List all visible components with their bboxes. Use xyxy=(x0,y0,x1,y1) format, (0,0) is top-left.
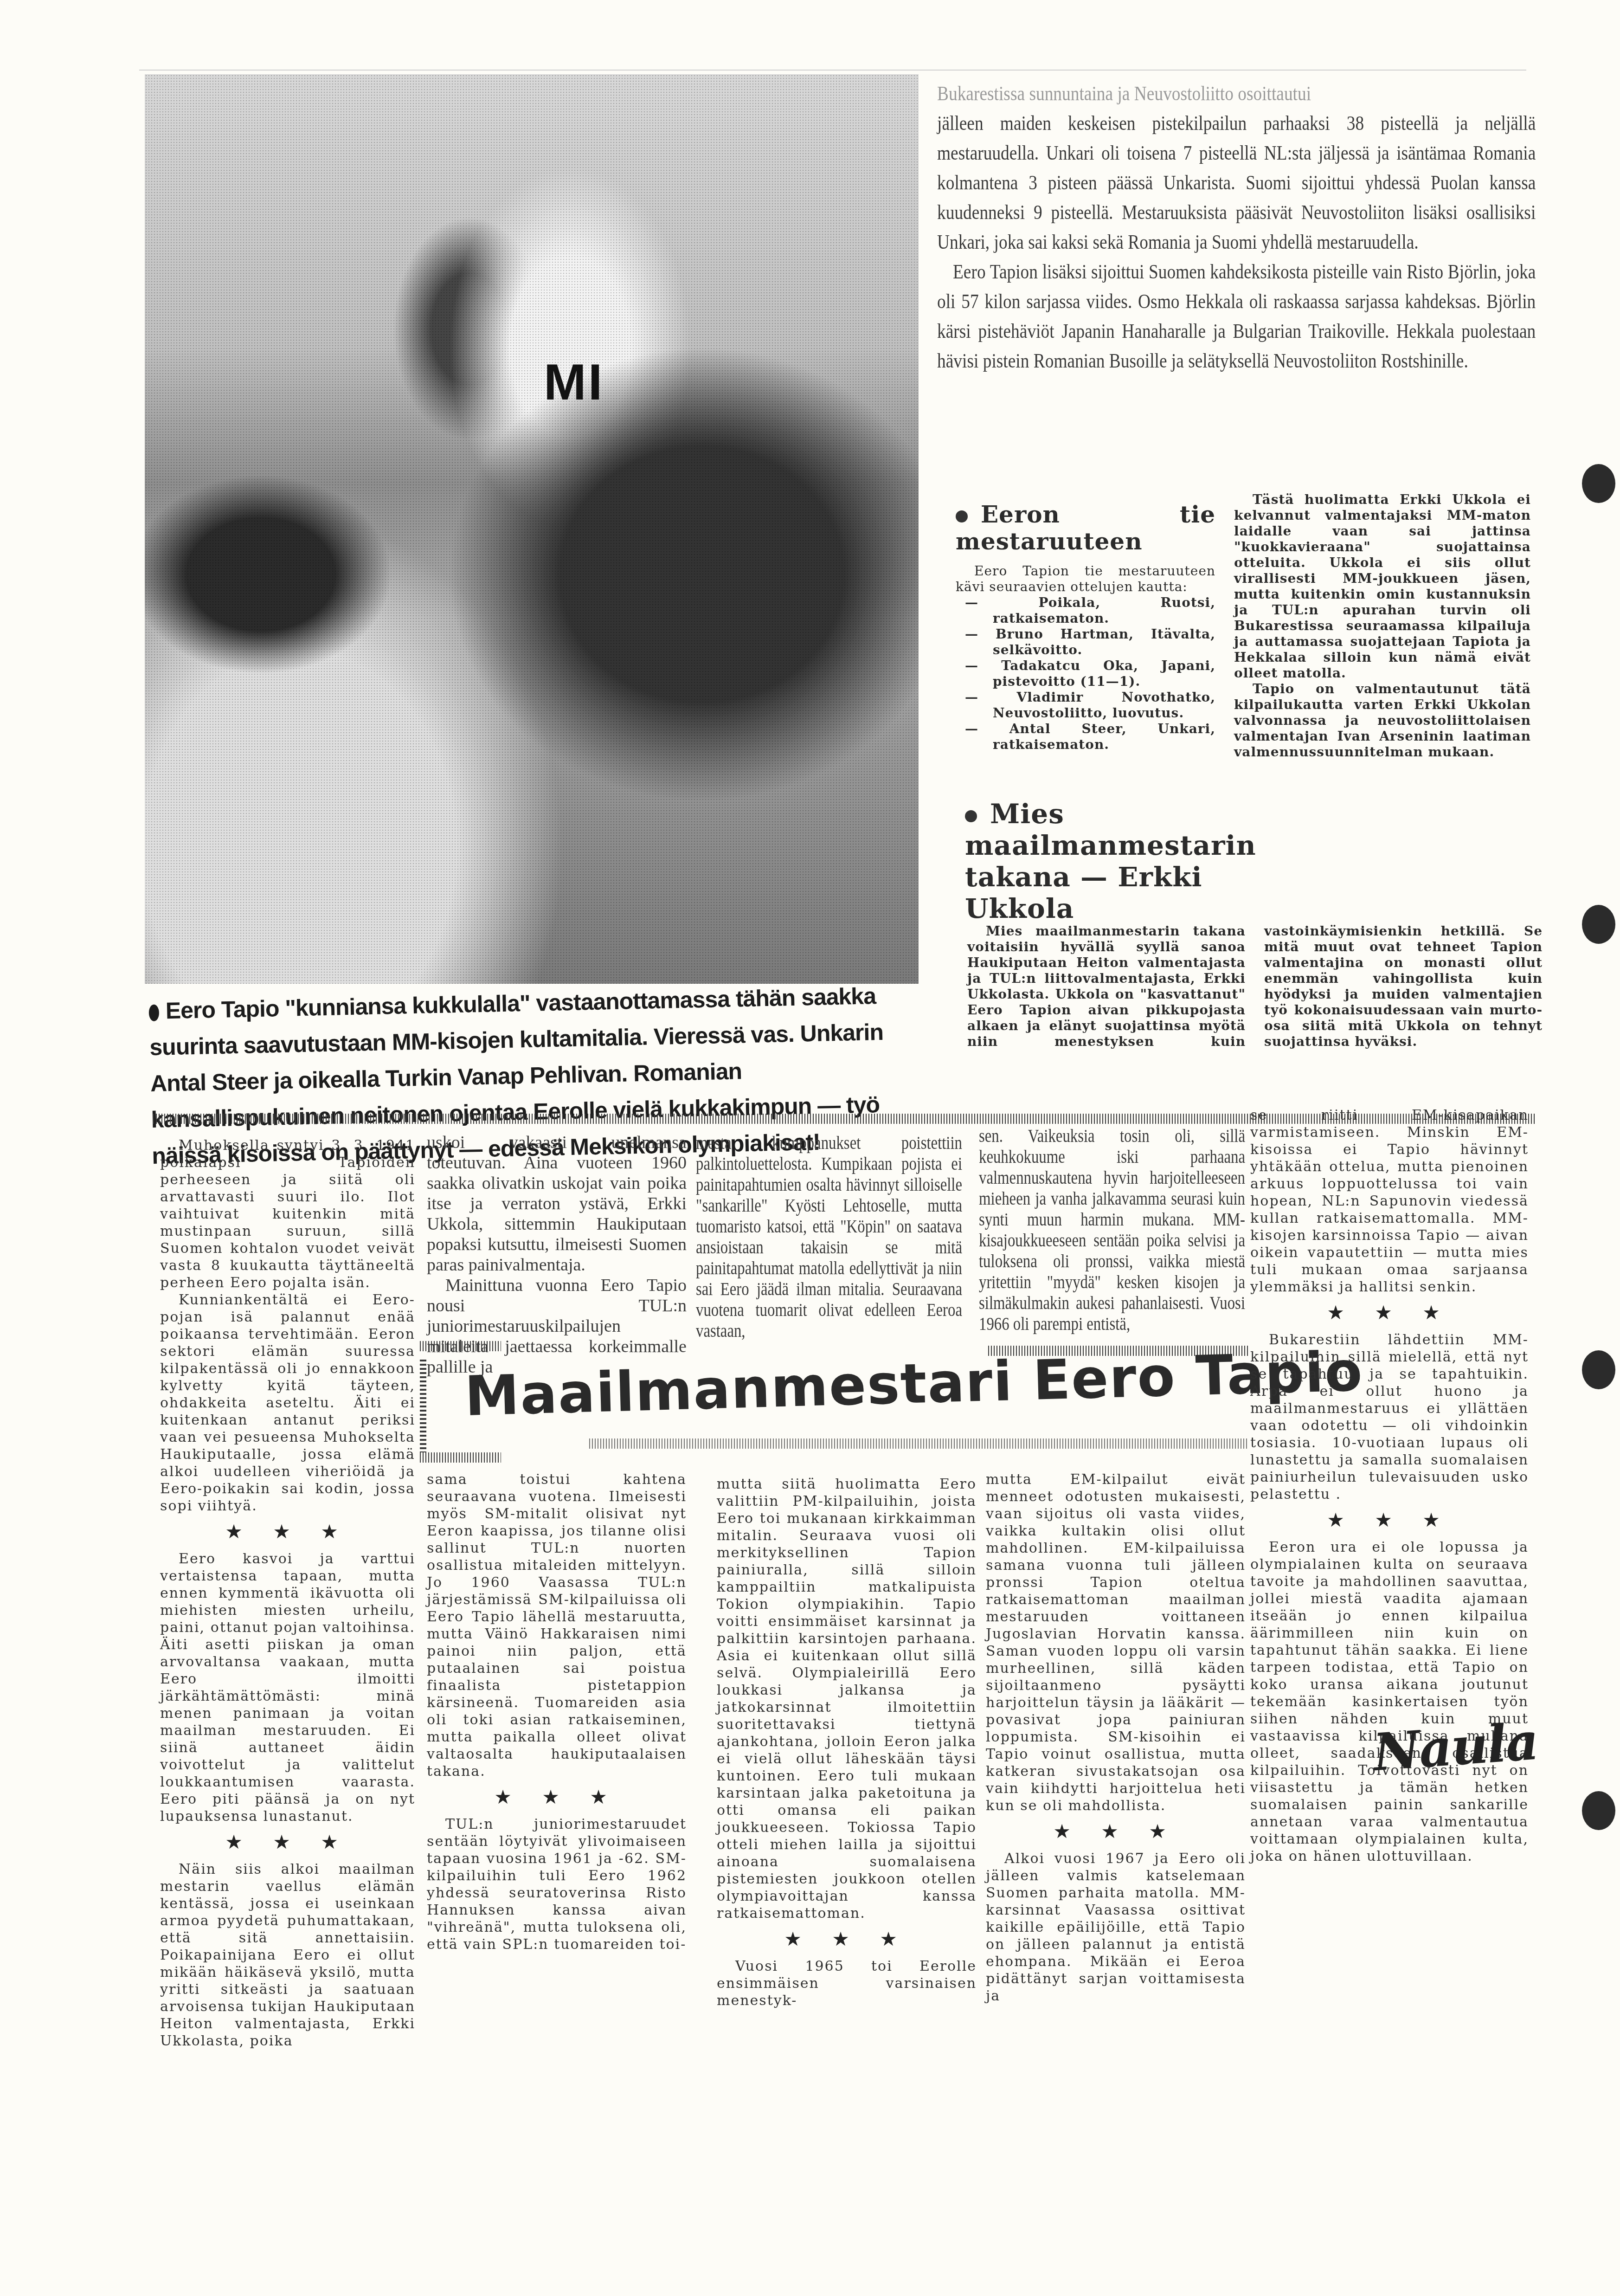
article-paragraph: Kunniankentältä ei Eero-pojan isä palann… xyxy=(160,1291,415,1515)
headline-rule xyxy=(420,1452,501,1463)
match-item: — Tadakatcu Oka, Japani, pistevoitto (11… xyxy=(956,658,1215,690)
article-paragraph: mutta siitä huolimatta Eero valittiin PM… xyxy=(717,1476,977,1922)
article-paragraph: TUL:n juniorimestaruudet sentään löytyiv… xyxy=(427,1816,687,1953)
section-break-stars: ★ ★ ★ xyxy=(160,1523,415,1540)
match-item: — Vladimir Novothatko, Neuvostoliitto, l… xyxy=(956,690,1215,721)
article-paragraph: Eeron ura ei ole lopussa ja olympialaine… xyxy=(1250,1539,1529,1865)
article-paragraph: mesta kumppanukset poistettiin palkintol… xyxy=(696,1132,962,1341)
section-break-stars: ★ ★ ★ xyxy=(717,1930,977,1948)
headline-rule xyxy=(589,1438,1248,1449)
section-break-stars: ★ ★ ★ xyxy=(1250,1304,1529,1321)
sidebar-coach-paragraph: Tapio on valmentautunut tätä kilpailukau… xyxy=(1234,681,1531,760)
binder-hole-icon xyxy=(1582,905,1615,944)
article-column-4-bottom: mutta EM-kilpailut eivät menneet odotust… xyxy=(986,1471,1246,2005)
top-article-paragraph: Eero Tapion lisäksi sijoittui Suomen kah… xyxy=(937,257,1536,376)
match-item: — Bruno Hartman, Itävalta, selkävoitto. xyxy=(956,626,1215,658)
sidebar-coach-heading: Mies maailmanmestarin takana — Erkki Ukk… xyxy=(965,798,1225,924)
article-paragraph: Eero kasvoi ja varttui vertaistensa tapa… xyxy=(160,1550,415,1825)
bullet-icon xyxy=(956,510,968,522)
bullet-icon xyxy=(149,1004,160,1021)
article-paragraph: mutta EM-kilpailut eivät menneet odotust… xyxy=(986,1471,1246,1814)
top-article: Bukarestissa sunnuntaina ja Neuvostoliit… xyxy=(937,79,1536,376)
article-paragraph: uskoi vakaasti unelmansa toteutuvan. Ain… xyxy=(427,1132,687,1275)
article-column-4-top: sen. Vaikeuksia tosin oli, sillä keuhkok… xyxy=(979,1125,1245,1334)
article-column-2-top: uskoi vakaasti unelmansa toteutuvan. Ain… xyxy=(427,1132,687,1377)
section-break-stars: ★ ★ ★ xyxy=(986,1823,1246,1840)
article-paragraph: sen. Vaikeuksia tosin oli, sillä keuhkok… xyxy=(979,1125,1245,1334)
top-article-paragraph: jälleen maiden keskeisen pistekilpailun … xyxy=(937,109,1536,257)
award-ceremony-photo: MI xyxy=(145,74,919,984)
article-paragraph: Vuosi 1965 toi Eerolle ensimmäisen varsi… xyxy=(717,1958,977,2009)
sidebar-coach-paragraph: Tästä huolimatta Erkki Ukkola ei kelvann… xyxy=(1234,492,1531,681)
author-signature: Naula xyxy=(1371,1711,1540,1782)
jersey-lettering: MI xyxy=(544,353,604,412)
match-item: — Antal Steer, Unkari, ratkaisematon. xyxy=(956,721,1215,753)
headline-rule xyxy=(420,1341,501,1351)
article-column-1: Muhoksella syntyi 3. 3. 1941 poikalapsi … xyxy=(160,1137,415,2050)
binder-hole-icon xyxy=(1582,1791,1615,1830)
top-article-faded-line: Bukarestissa sunnuntaina ja Neuvostoliit… xyxy=(937,79,1536,109)
article-paragraph: sama toistui kahtena seuraavana vuotena.… xyxy=(427,1471,687,1780)
bullet-icon xyxy=(965,810,977,822)
sidebar-coach-paragraph: Mies maailmanmestarin takana voitaisiin … xyxy=(967,923,1543,1050)
match-item: — Poikala, Ruotsi, ratkaisematon. xyxy=(956,595,1215,626)
article-paragraph: Näin siis alkoi maailman mestarin vaellu… xyxy=(160,1861,415,2050)
sidebar-coach-body: Mies maailmanmestarin takana voitaisiin … xyxy=(967,923,1543,1081)
match-list: — Poikala, Ruotsi, ratkaisematon. — Brun… xyxy=(956,595,1215,753)
page-top-edge xyxy=(139,70,1526,71)
article-column-3-top: mesta kumppanukset poistettiin palkintol… xyxy=(696,1132,962,1341)
article-paragraph: Alkoi vuosi 1967 ja Eero oli jälleen val… xyxy=(986,1850,1246,2005)
article-column-2-bottom: sama toistui kahtena seuraavana vuotena.… xyxy=(427,1471,687,1953)
article-column-3-bottom: mutta siitä huolimatta Eero valittiin PM… xyxy=(717,1476,977,2009)
binder-hole-icon xyxy=(1582,464,1615,503)
binder-hole-icon xyxy=(1582,1350,1615,1389)
sidebar-route: Eeron tie mestaruuteen Eero Tapion tie m… xyxy=(956,501,1215,753)
section-break-stars: ★ ★ ★ xyxy=(427,1788,687,1806)
article-paragraph: Muhoksella syntyi 3. 3. 1941 poikalapsi … xyxy=(160,1137,415,1291)
sidebar-coach-body-continued: Tästä huolimatta Erkki Ukkola ei kelvann… xyxy=(1234,492,1531,760)
headline-rule xyxy=(420,1360,426,1452)
sidebar-route-heading: Eeron tie mestaruuteen xyxy=(956,501,1215,555)
sidebar-route-intro: Eero Tapion tie mestaruuteen kävi seuraa… xyxy=(956,563,1215,595)
article-paragraph: Bukarestiin lähdettiin MM-kilpailuihin s… xyxy=(1250,1331,1529,1503)
section-break-stars: ★ ★ ★ xyxy=(1250,1511,1529,1529)
section-break-stars: ★ ★ ★ xyxy=(160,1833,415,1851)
article-paragraph: se riitti EM-kisapaikan varmistamiseen. … xyxy=(1250,1107,1529,1296)
